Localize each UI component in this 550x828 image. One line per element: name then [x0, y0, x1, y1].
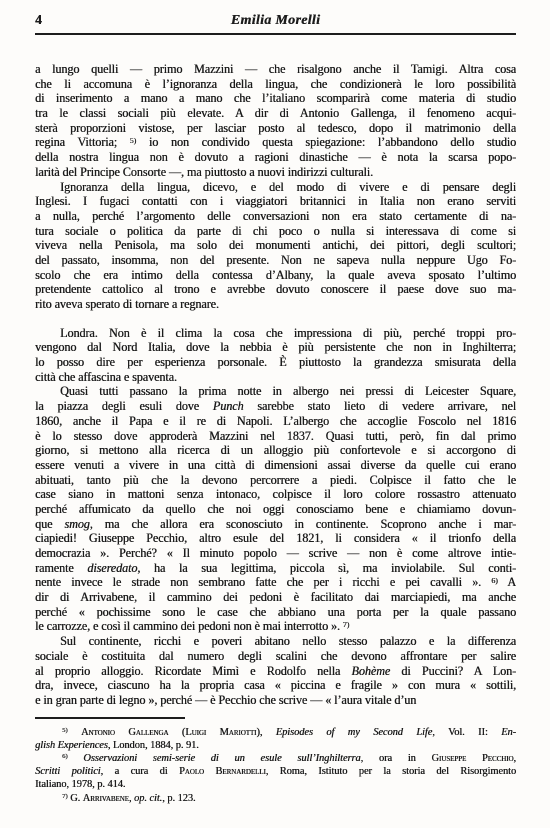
text-run: perché « pochissime sono le case che abb… — [35, 605, 516, 619]
text-run: sterà proporzioni vistose, per lasciar p… — [35, 121, 516, 135]
text-line: tura sociale o politica da parte di chi … — [35, 224, 516, 239]
text-run: vengono dal Nord Italia, dove la nebbia … — [35, 340, 516, 354]
text-line: sterà proporzioni vistose, per lasciar p… — [35, 121, 516, 136]
text-run: sociale è costituita dal numero degli sc… — [35, 649, 516, 663]
text-line: scolo che era intimo della contessa d’Al… — [35, 268, 516, 283]
text-run: , p. 123. — [162, 793, 195, 804]
text-run: Antonio Gallenga (Luigi Mariotti) — [81, 727, 260, 738]
text-run: , London, 1884, p. 91. — [108, 740, 199, 751]
footnote-marker: 5) — [62, 727, 68, 734]
text-line: della nostra lingua non è dovuto a ragio… — [35, 150, 516, 165]
text-line: Inglesi. I fugaci contatti con i viaggia… — [35, 194, 516, 209]
text-line: lo posso dire per esperienza porsonale. … — [35, 355, 516, 370]
text-run: che li accomuna è l’ignoranza della ling… — [35, 77, 516, 91]
text-line: Ignoranza della lingua, dicevo, e del mo… — [35, 180, 516, 195]
text-run: regina Vittoria; — [35, 135, 130, 149]
text-run: io non condivido questa spiegazione: l’a… — [136, 135, 516, 149]
footnote: 5) Antonio Gallenga (Luigi Mariotti), Ep… — [35, 726, 516, 752]
text-line: ramente diseredato, ha la sua legittima,… — [35, 561, 516, 576]
text-line: perché « pochissime sono le case che abb… — [35, 605, 516, 620]
body-text: a lungo quelli — primo Mazzini — che ris… — [35, 62, 516, 708]
text-run: e in gran parte di legno », perché — è P… — [35, 693, 416, 707]
footnote: 7) G. Arrivabene, op. cit., p. 123. — [35, 792, 516, 805]
text-line: Londra. Non è il clima la cosa che impre… — [35, 326, 516, 341]
text-run: Inglesi. I fugaci contatti con i viaggia… — [35, 194, 516, 208]
paragraph: Ignoranza della lingua, dicevo, e del mo… — [35, 180, 516, 312]
text-line: le carrozze, e così il cammino dei pedon… — [35, 619, 516, 634]
text-run: è lo stesso dove approderà Mazzini nel 1… — [35, 429, 516, 443]
text-run: Osservazioni semi-serie di un esule sull… — [83, 753, 360, 764]
text-run: nente invece le strade non sembrano fatt… — [35, 575, 491, 589]
footnote-marker: 7) — [62, 793, 68, 800]
footnote-marker: 6) — [491, 576, 498, 585]
text-run: democrazia ». Perché? « Il minuto popolo… — [35, 546, 516, 560]
text-line: perché affumicato da quello che noi oggi… — [35, 502, 516, 517]
text-run: ciapiedi! Giuseppe Pecchio, altro esule … — [35, 531, 516, 545]
text-run: Arrivabene — [83, 793, 129, 804]
text-run: glish Experiences — [35, 740, 108, 751]
text-line: que smog, ma che allora era sconosciuto … — [35, 517, 516, 532]
text-line: vengono dal Nord Italia, dove la nebbia … — [35, 340, 516, 355]
text-run: scolo che era intimo della contessa d’Al… — [35, 268, 516, 282]
page-header: 4 Emilia Morelli — [35, 12, 516, 35]
text-run — [68, 753, 84, 764]
text-run: Bohème — [351, 664, 390, 678]
text-run: G. — [68, 793, 83, 804]
text-run: essere venuti a vivere in una città di d… — [35, 458, 516, 472]
text-run: pretendente cattolico al trono e avrebbe… — [35, 282, 516, 296]
text-run: città che affascina e spaventa. — [35, 370, 177, 384]
text-run: , — [513, 753, 516, 764]
text-run: case siano in mattoni senza intonaco, co… — [35, 487, 516, 501]
text-run: tura sociale o politica da parte di chi … — [35, 224, 516, 238]
text-line: 6) Osservazioni semi-serie di un esule s… — [35, 752, 516, 765]
text-run: Paolo Bernardelli — [179, 766, 266, 777]
text-run: la piazza degli esuli dove — [35, 399, 213, 413]
text-line: giorno, si mettono alla ricerca di un al… — [35, 443, 516, 458]
text-line: dir di Arrivabene, il cammino dei pedoni… — [35, 590, 516, 605]
text-run: del passato, insomma, non del presente. … — [35, 253, 516, 267]
text-run: al proprio alloggio. Ricordate Mimì e Ro… — [35, 664, 351, 678]
text-run: larità del Principe Consorte —, ma piutt… — [35, 165, 373, 179]
text-line: regina Vittoria; 5) io non condivido que… — [35, 135, 516, 150]
text-line: Italiano, 1978, p. 414. — [35, 778, 516, 791]
text-run: diseredato — [87, 561, 137, 575]
text-line: 1860, anche il Papa e il re di Napoli. L… — [35, 414, 516, 429]
text-run: viveva nella Penisola, ma solo dei monum… — [35, 238, 516, 252]
text-run: rito aveva sperato di tornare a regnare. — [35, 297, 219, 311]
text-line: viveva nella Penisola, ma solo dei monum… — [35, 238, 516, 253]
text-line: la piazza degli esuli dove Punch sarebbe… — [35, 399, 516, 414]
running-title: Emilia Morelli — [35, 13, 516, 29]
text-run: le carrozze, e così il cammino dei pedon… — [35, 619, 343, 633]
text-run: , ora in — [361, 753, 432, 764]
text-run: , a cura di — [101, 766, 179, 777]
footnote-marker: 6) — [62, 753, 68, 760]
paragraph: a lungo quelli — primo Mazzini — che ris… — [35, 62, 516, 180]
text-run: a lungo quelli — primo Mazzini — che ris… — [35, 62, 516, 76]
text-run: , Vol. II: — [432, 727, 501, 738]
text-line: nente invece le strade non sembrano fatt… — [35, 575, 516, 590]
text-line: e in gran parte di legno », perché — è P… — [35, 693, 516, 708]
footnotes: 5) Antonio Gallenga (Luigi Mariotti), Ep… — [35, 726, 516, 805]
footnote-marker: 5) — [130, 136, 137, 145]
text-line: glish Experiences, London, 1884, p. 91. — [35, 739, 516, 752]
text-run: lo posso dire per esperienza porsonale. … — [35, 355, 516, 369]
text-run: smog — [64, 517, 89, 531]
text-line: 5) Antonio Gallenga (Luigi Mariotti), Ep… — [35, 726, 516, 739]
paragraph: Quasi tutti passano la prima notte in al… — [35, 384, 516, 634]
text-run: Londra. Non è il clima la cosa che impre… — [60, 326, 516, 340]
text-line: Quasi tutti passano la prima notte in al… — [35, 384, 516, 399]
text-line: è lo stesso dove approderà Mazzini nel 1… — [35, 429, 516, 444]
text-line: Scritti politici, a cura di Paolo Bernar… — [35, 765, 516, 778]
text-run: que — [35, 517, 64, 531]
text-line: dra, invece, ciascuno ha la propria casa… — [35, 678, 516, 693]
text-run: di inserimento a mano a mano che l’itali… — [35, 91, 516, 105]
text-line: 7) G. Arrivabene, op. cit., p. 123. — [35, 792, 516, 805]
text-run: , Roma, Istituto per la storia del Risor… — [266, 766, 516, 777]
text-run: op. cit. — [134, 793, 162, 804]
text-run: Quasi tutti passano la prima notte in al… — [60, 384, 516, 398]
text-line: pretendente cattolico al trono e avrebbe… — [35, 282, 516, 297]
footnote-marker: 7) — [343, 620, 350, 629]
text-run: Episodes of my Second Life — [276, 727, 432, 738]
text-run: dra, invece, ciascuno ha la propria casa… — [35, 678, 516, 692]
text-line: Sul continente, ricchi e poveri abitano … — [35, 634, 516, 649]
text-line: case siano in mattoni senza intonaco, co… — [35, 487, 516, 502]
text-run: 1860, anche il Papa e il re di Napoli. L… — [35, 414, 516, 428]
text-run: A — [498, 575, 516, 589]
book-page: 4 Emilia Morelli a lungo quelli — primo … — [0, 0, 550, 828]
text-line: che li accomuna è l’ignoranza della ling… — [35, 77, 516, 92]
text-run: sarebbe stato lieto di vedere arrivare, … — [243, 399, 516, 413]
text-line: sociale è costituita dal numero degli sc… — [35, 649, 516, 664]
text-run: , ha la sua legittima, piccola sì, ma in… — [137, 561, 516, 575]
text-run: giorno, si mettono alla ricerca di un al… — [35, 443, 516, 457]
text-run: Sul continente, ricchi e poveri abitano … — [60, 634, 516, 648]
text-line: essere venuti a vivere in una città di d… — [35, 458, 516, 473]
paragraph: Sul continente, ricchi e poveri abitano … — [35, 634, 516, 707]
text-line: tra le classi sociali più elevate. A dir… — [35, 106, 516, 121]
text-run: En- — [501, 727, 516, 738]
text-run — [68, 727, 81, 738]
text-line: ciapiedi! Giuseppe Pecchio, altro esule … — [35, 531, 516, 546]
text-run: dir di Arrivabene, il cammino dei pedoni… — [35, 590, 516, 604]
text-line: larità del Principe Consorte —, ma piutt… — [35, 165, 516, 180]
text-run: perché affumicato da quello che noi oggi… — [35, 502, 516, 516]
text-run: abituati, tanto più che la devono percor… — [35, 473, 516, 487]
text-run: Punch — [213, 399, 244, 413]
text-run: della nostra lingua non è dovuto a ragio… — [35, 150, 516, 164]
text-line: democrazia ». Perché? « Il minuto popolo… — [35, 546, 516, 561]
text-line: a lungo quelli — primo Mazzini — che ris… — [35, 62, 516, 77]
text-run: Scritti politici — [35, 766, 101, 777]
text-line: a nulla, perché l’argomento delle conver… — [35, 209, 516, 224]
footnote-rule — [35, 717, 185, 719]
text-run: , — [260, 727, 276, 738]
text-run: Giuseppe Pecchio — [431, 753, 513, 764]
text-line: di inserimento a mano a mano che l’itali… — [35, 91, 516, 106]
text-line: città che affascina e spaventa. — [35, 370, 516, 385]
footnote: 6) Osservazioni semi-serie di un esule s… — [35, 752, 516, 792]
text-line: abituati, tanto più che la devono percor… — [35, 473, 516, 488]
text-run: a nulla, perché l’argomento delle conver… — [35, 209, 516, 223]
text-run: ramente — [35, 561, 87, 575]
text-run: Italiano, 1978, p. 414. — [35, 779, 125, 790]
paragraph: Londra. Non è il clima la cosa che impre… — [35, 326, 516, 385]
text-run: , ma che allora era sconosciuto in conti… — [90, 517, 516, 531]
text-line: rito aveva sperato di tornare a regnare. — [35, 297, 516, 312]
text-run: di Puccini? A Lon- — [390, 664, 516, 678]
text-run: Ignoranza della lingua, dicevo, e del mo… — [60, 180, 516, 194]
text-line: del passato, insomma, non del presente. … — [35, 253, 516, 268]
text-run: tra le classi sociali più elevate. A dir… — [35, 106, 516, 120]
text-line: al proprio alloggio. Ricordate Mimì e Ro… — [35, 664, 516, 679]
